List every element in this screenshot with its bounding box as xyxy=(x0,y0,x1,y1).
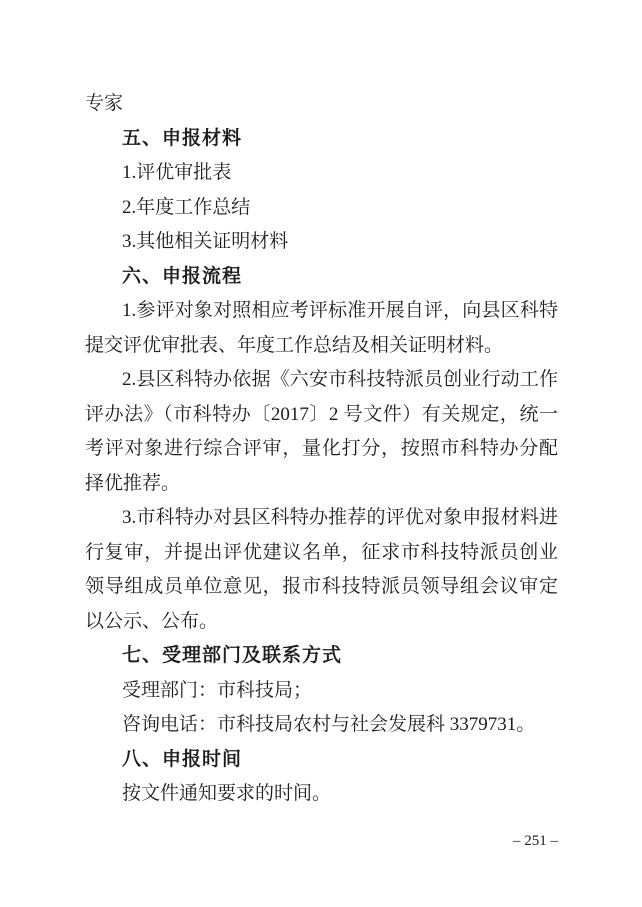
document-text-block: 专家 五、申报材料 1.评优审批表 2.年度工作总结 3.其他相关证明材料 六、… xyxy=(85,87,558,812)
section-heading-5-materials: 五、申报材料 xyxy=(85,122,558,157)
list-item: 1.评优审批表 xyxy=(85,156,558,191)
page-number: – 251 – xyxy=(85,831,558,851)
body-line: 考评对象进行综合评审，量化打分，按照市科特办分配名额 xyxy=(85,432,558,467)
section-heading-8-time: 八、申报时间 xyxy=(85,743,558,778)
body-line: 以公示、公布。 xyxy=(85,605,558,640)
body-line: 提交评优审批表、年度工作总结及相关证明材料。 xyxy=(85,329,558,364)
document-page: 专家 五、申报材料 1.评优审批表 2.年度工作总结 3.其他相关证明材料 六、… xyxy=(0,0,642,907)
contact-department-line: 受理部门：市科技局； xyxy=(85,674,558,709)
body-line: 评办法》（市科特办〔2017〕2 号文件）有关规定，统一对 xyxy=(85,398,558,433)
section-heading-6-process: 六、申报流程 xyxy=(85,260,558,295)
section-heading-7-contact: 七、受理部门及联系方式 xyxy=(85,639,558,674)
paragraph-continuation-line: 专家 xyxy=(85,87,558,122)
body-line: 行复审，并提出评优建议名单，征求市科技特派员创业行动 xyxy=(85,536,558,571)
body-line: 3.市科特办对县区科特办推荐的评优对象申报材料进 xyxy=(85,501,558,536)
body-line: 领导组成员单位意见，报市科技特派员领导组会议审定后予 xyxy=(85,570,558,605)
body-line: 1.参评对象对照相应考评标准开展自评，向县区科特办 xyxy=(85,294,558,329)
list-item: 3.其他相关证明材料 xyxy=(85,225,558,260)
contact-phone-line: 咨询电话：市科技局农村与社会发展科 3379731。 xyxy=(85,708,558,743)
list-item: 2.年度工作总结 xyxy=(85,191,558,226)
body-line: 择优推荐。 xyxy=(85,467,558,502)
body-line: 2.县区科特办依据《六安市科技特派员创业行动工作考 xyxy=(85,363,558,398)
body-line: 按文件通知要求的时间。 xyxy=(85,777,558,812)
